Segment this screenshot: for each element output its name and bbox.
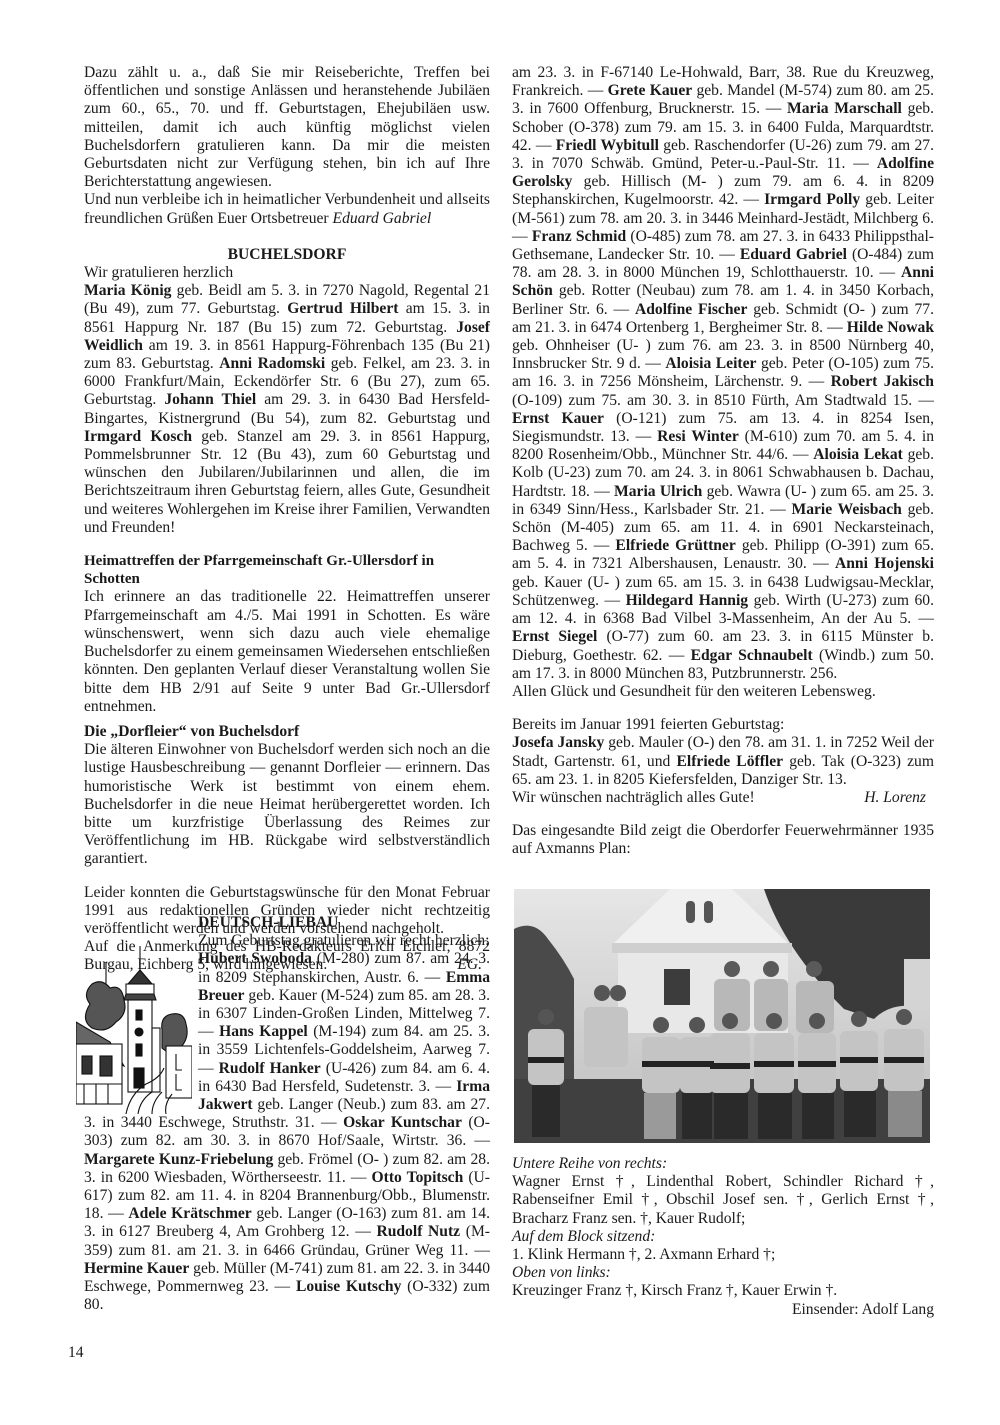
photo-caption: Untere Reihe von rechts: Wagner Ernst †,… xyxy=(512,1155,934,1319)
person-name: Otto Topitsch xyxy=(372,1169,464,1186)
person-name: Aloisia Lekat xyxy=(813,446,903,463)
person-name: Elfriede Löffler xyxy=(676,753,783,770)
person-name: Margarete Kunz-Friebelung xyxy=(84,1151,273,1168)
person-name: Oskar Kuntschar xyxy=(343,1114,462,1131)
person-name: Grete Kauer xyxy=(608,82,693,99)
church-village-illustration xyxy=(76,944,192,1114)
deutsch-liebau-section: DEUTSCH-LIEBAU Zum Geburtstag gratuliere… xyxy=(84,914,490,1314)
january-signature: H. Lorenz xyxy=(864,789,934,807)
caption-label-top: Oben von links: xyxy=(512,1264,611,1281)
person-name: Edgar Schnaubelt xyxy=(691,647,813,664)
person-name: Franz Schmid xyxy=(532,228,626,245)
person-name: Eduard Gabriel xyxy=(740,246,847,263)
buchelsdorf-heading: BUCHELSDORF xyxy=(84,246,490,264)
person-name: Irmgard Kosch xyxy=(84,428,192,445)
person-name: Maria Ulrich xyxy=(614,483,702,500)
closing-paragraph: Und nun verbleibe ich in heimatlicher Ve… xyxy=(84,191,490,227)
closing-signature: Eduard Gabriel xyxy=(333,210,432,227)
person-name: Maria König xyxy=(84,282,171,299)
person-name: Resi Winter xyxy=(657,428,739,445)
person-name: Marie Weisbach xyxy=(792,501,902,518)
person-name: Anni Hojenski xyxy=(835,555,934,572)
caption-top: Kreuzinger Franz †, Kirsch Franz †, Kaue… xyxy=(512,1282,934,1300)
person-name: Johann Thiel xyxy=(164,391,256,408)
january-intro: Bereits im Januar 1991 feierten Geburtst… xyxy=(512,716,934,734)
dorfleier-heading: Die „Dorfleier“ von Buchelsdorf xyxy=(84,723,490,741)
buchelsdorf-entries: Maria König geb. Beidl am 5. 3. in 7270 … xyxy=(84,282,490,537)
deutsch-liebau-heading: DEUTSCH-LIEBAU xyxy=(84,914,490,932)
caption-bottom-row: Wagner Ernst †, Lindenthal Robert, Schin… xyxy=(512,1173,934,1228)
person-name: Josefa Jansky xyxy=(512,734,604,751)
person-name: Hubert Swoboda xyxy=(198,950,312,967)
page-number: 14 xyxy=(68,1344,84,1362)
person-name: Irmgard Polly xyxy=(764,191,860,208)
right-entries: am 23. 3. in F-67140 Le-Hohwald, Barr, 3… xyxy=(512,64,934,683)
person-name: Louise Kutschy xyxy=(296,1278,401,1295)
caption-seated: 1. Klink Hermann †, 2. Axmann Erhard †; xyxy=(512,1246,934,1264)
person-name: Hildegard Hannig xyxy=(626,592,748,609)
person-name: Robert Jakisch xyxy=(831,373,934,390)
january-entries: Josefa Jansky geb. Mauler (O-) den 78. a… xyxy=(512,734,934,789)
wish-line: Allen Glück und Gesundheit für den weite… xyxy=(512,683,934,701)
person-name: Elfriede Grüttner xyxy=(615,537,735,554)
group-photo-icon xyxy=(514,889,930,1143)
person-name: Friedl Wybitull xyxy=(556,137,659,154)
caption-label-bottom-row: Untere Reihe von rechts: xyxy=(512,1155,667,1172)
person-name: Ernst Siegel xyxy=(512,628,597,645)
person-name: Rudolf Hanker xyxy=(219,1060,321,1077)
person-name: Rudolf Nutz xyxy=(376,1223,460,1240)
dorfleier-body: Die älteren Einwohner von Buchelsdorf we… xyxy=(84,741,490,868)
caption-sender: Einsender: Adolf Lang xyxy=(512,1301,934,1319)
person-name: Ernst Kauer xyxy=(512,410,604,427)
person-name: Adele Krätschmer xyxy=(128,1205,251,1222)
buchelsdorf-greeting: Wir gratulieren herzlich xyxy=(84,264,490,282)
person-name: Maria Marschall xyxy=(787,100,902,117)
caption-label-seated: Auf dem Block sitzend: xyxy=(512,1228,655,1245)
person-name: Gertrud Hilbert xyxy=(287,300,398,317)
person-name: Adolfine Fischer xyxy=(635,301,747,318)
firefighters-photo xyxy=(514,889,930,1143)
right-column: am 23. 3. in F-67140 Le-Hohwald, Barr, 3… xyxy=(512,64,934,859)
church-sketch-icon xyxy=(76,944,192,1114)
person-name: Aloisia Leiter xyxy=(665,355,756,372)
heimattreffen-heading: Heimattreffen der Pfarrgemeinschaft Gr.-… xyxy=(84,552,490,588)
intro-paragraph: Dazu zählt u. a., daß Sie mir Reiseberic… xyxy=(84,64,490,191)
person-name: Anni Radomski xyxy=(219,355,325,372)
left-column: Dazu zählt u. a., daß Sie mir Reiseberic… xyxy=(84,64,490,975)
person-name: Hermine Kauer xyxy=(84,1260,189,1277)
person-name: Hans Kappel xyxy=(219,1023,308,1040)
photo-intro: Das eingesandte Bild zeigt die Oberdorfe… xyxy=(512,822,934,858)
heimattreffen-body: Ich erinnere an das traditionelle 22. He… xyxy=(84,588,490,715)
person-name: Hilde Nowak xyxy=(847,319,934,336)
january-closing: Wir wünschen nachträglich alles Gute! H.… xyxy=(512,789,934,807)
